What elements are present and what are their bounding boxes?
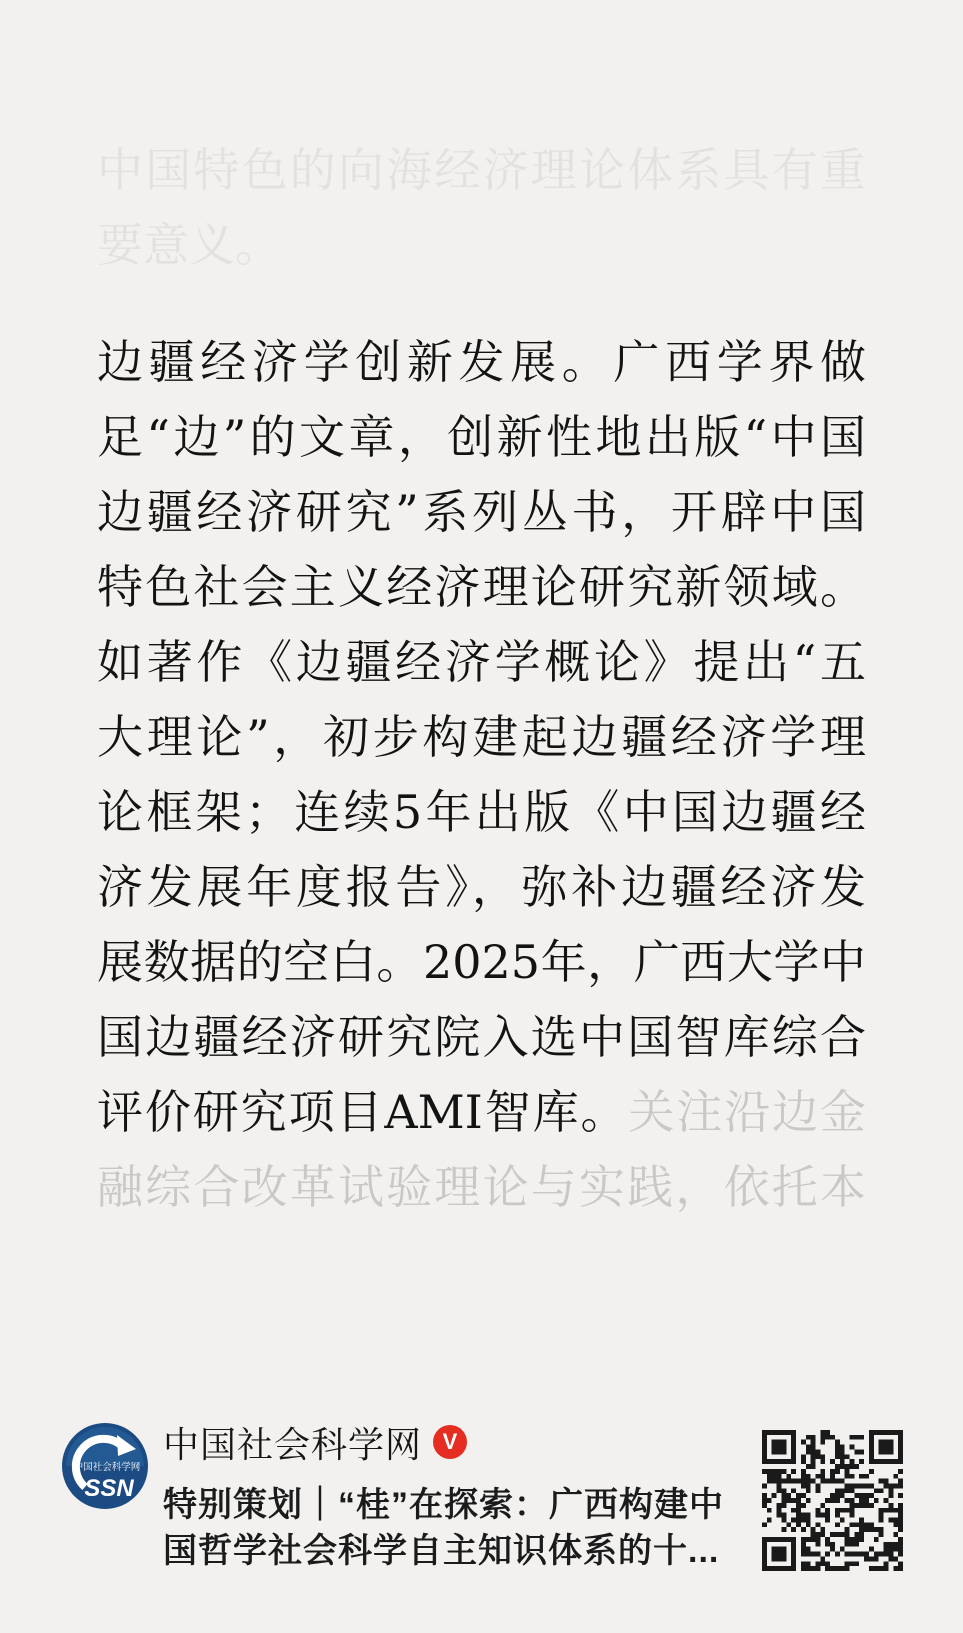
brand-name: 中国社会科学网 — [163, 1417, 422, 1468]
body-line: 展数据的空白。2025年，广西大学中 — [97, 925, 866, 1000]
cssn-logo: 中国社会科学网 SSN — [62, 1423, 148, 1509]
body-text-segment: 如著作《边疆经济学概论》提出“五 — [97, 635, 866, 689]
qr-code — [762, 1430, 903, 1571]
body-line: 边疆经济研究”系列丛书，开辟中国 — [97, 475, 866, 550]
body-text-segment: 足“边”的文章，创新性地出版“中国 — [97, 410, 866, 464]
body-line: 要意义。 — [97, 208, 866, 283]
body-text-segment: 中国特色的向海经济理论体系具有重 — [97, 143, 866, 197]
caption-line-2: 国哲学社会科学自主知识体系的十... — [163, 1528, 743, 1574]
caption: 特别策划｜“桂”在探索：广西构建中 国哲学社会科学自主知识体系的十... — [163, 1482, 743, 1574]
body-line: 济发展年度报告》，弥补边疆经济发 — [97, 850, 866, 925]
verified-badge-icon: V — [433, 1425, 467, 1459]
body-text-segment: 论框架；连续5年出版《中国边疆经 — [97, 785, 866, 839]
body-line: 评价研究项目AMI智库。关注沿边金 — [97, 1075, 866, 1150]
logo-ssn-text: SSN — [84, 1475, 134, 1502]
body-text-segment: 评价研究项目AMI智库。 — [97, 1085, 628, 1139]
body-line: 如著作《边疆经济学概论》提出“五 — [97, 625, 866, 700]
body-text-segment: 要意义。 — [97, 218, 281, 272]
body-line: 足“边”的文章，创新性地出版“中国 — [97, 400, 866, 475]
body-text-segment: 济发展年度报告》，弥补边疆经济发 — [97, 860, 866, 914]
brand-row: 中国社会科学网 V — [163, 1418, 467, 1466]
body-line: 国边疆经济研究院入选中国智库综合 — [97, 1000, 866, 1075]
body-text-segment: 边疆经济学创新发展。广西学界做 — [97, 335, 866, 389]
body-line: 边疆经济学创新发展。广西学界做 — [97, 325, 866, 400]
body-text-segment: 特色社会主义经济理论研究新领域。 — [97, 560, 866, 614]
body-text-segment: 国边疆经济研究院入选中国智库综合 — [97, 1010, 866, 1064]
body-text-segment: 融综合改革试验理论与实践，依托本 — [97, 1160, 866, 1214]
body-line: 论框架；连续5年出版《中国边疆经 — [97, 775, 866, 850]
body-text-segment: 大理论”，初步构建起边疆经济学理 — [97, 710, 866, 764]
body-line: 中国特色的向海经济理论体系具有重 — [97, 133, 866, 208]
body-text-segment: 关注沿边金 — [628, 1085, 866, 1139]
body-line: 大理论”，初步构建起边疆经济学理 — [97, 700, 866, 775]
logo-small-text: 中国社会科学网 — [74, 1461, 141, 1473]
share-card: 中国特色的向海经济理论体系具有重要意义。边疆经济学创新发展。广西学界做足“边”的… — [0, 0, 963, 1633]
article-body: 中国特色的向海经济理论体系具有重要意义。边疆经济学创新发展。广西学界做足“边”的… — [97, 133, 866, 1225]
body-text-segment: 展数据的空白。2025年，广西大学中 — [97, 935, 866, 989]
body-text-segment: 边疆经济研究”系列丛书，开辟中国 — [97, 485, 866, 539]
body-line: 特色社会主义经济理论研究新领域。 — [97, 550, 866, 625]
caption-line-1: 特别策划｜“桂”在探索：广西构建中 — [163, 1482, 743, 1528]
body-line: 融综合改革试验理论与实践，依托本 — [97, 1150, 866, 1225]
footer: 中国社会科学网 SSN 中国社会科学网 V 特别策划｜“桂”在探索：广西构建中 … — [0, 1410, 963, 1633]
